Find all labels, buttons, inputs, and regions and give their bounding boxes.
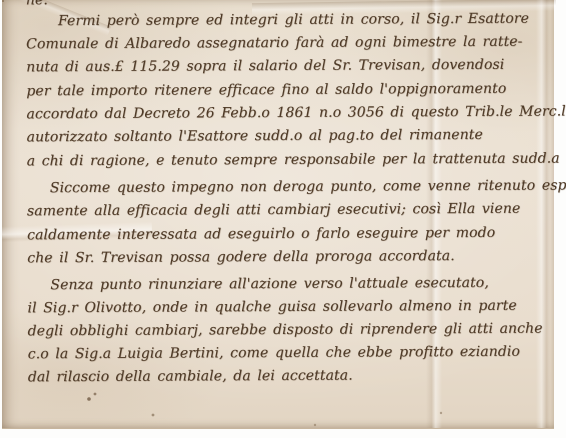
handwritten-line: per tale importo ritenere efficace fino … [26,81,506,100]
handwritten-line: samente alla efficacia degli atti cambia… [27,201,520,220]
handwritten-text-block: ne. Fermi però sempre ed integri gli att… [1,0,557,429]
handwritten-line: autorizzato soltanto l'Esattore sudd.o a… [27,127,483,145]
handwritten-line: Senza punto rinunziare all'azione verso … [50,275,489,293]
handwritten-line: Comunale di Albaredo assegnatario farà a… [26,34,522,53]
handwritten-line: nuta di aus.£ 115.29 sopra il salario de… [26,57,504,76]
handwritten-line: Siccome questo impegno non deroga punto,… [50,177,566,196]
handwritten-line: ne. [26,0,48,8]
handwritten-line: che il Sr. Trevisan possa godere della p… [27,248,455,266]
letter-paper: ne. Fermi però sempre ed integri gli att… [2,0,554,429]
handwritten-line: accordato dal Decreto 26 Febb.o 1861 n.o… [26,103,566,122]
ink-specks [2,0,4,2]
handwritten-line: a chi di ragione, e tenuto sempre respon… [27,151,560,170]
scanned-letter-page: ne. Fermi però sempre ed integri gli att… [0,0,566,438]
handwritten-line: caldamente interessata ad eseguirlo o fa… [27,225,495,243]
handwritten-line: il Sig.r Olivotto, onde in qualche guisa… [27,298,516,317]
handwritten-line: c.o la Sig.a Luigia Bertini, come quella… [28,344,520,363]
handwritten-line: Fermi però sempre ed integri gli atti in… [58,11,529,29]
handwritten-line: dal rilascio della cambiale, da lei acce… [28,368,353,386]
handwritten-line: degli obblighi cambiarj, sarebbe dispost… [28,321,543,340]
